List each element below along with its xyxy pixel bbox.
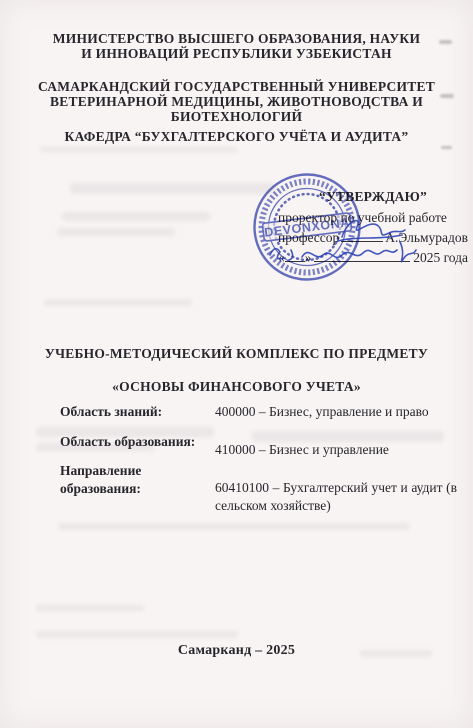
scanned-title-page: МИНИСТЕРСТВО ВЫСШЕГО ОБРАЗОВАНИЯ, НАУКИ … bbox=[0, 0, 473, 728]
university-heading: САМАРКАНДСКИЙ ГОСУДАРСТВЕННЫЙ УНИВЕРСИТЕ… bbox=[36, 79, 437, 124]
document-subject-title: «ОСНОВЫ ФИНАНСОВОГО УЧЕТА» bbox=[36, 379, 437, 395]
bleed-through-smudge bbox=[40, 147, 238, 152]
university-line-1: САМАРКАНДСКИЙ ГОСУДАРСТВЕННЫЙ УНИВЕРСИТЕ… bbox=[36, 79, 437, 94]
signature-underflourish bbox=[338, 235, 402, 241]
bleed-through-smudge bbox=[36, 631, 238, 638]
scan-edge-artifact bbox=[441, 146, 452, 149]
handwritten-day bbox=[270, 249, 293, 260]
bleed-through-smudge bbox=[36, 427, 214, 437]
ministry-line-1: МИНИСТЕРСТВО ВЫСШЕГО ОБРАЗОВАНИЯ, НАУКИ bbox=[36, 31, 437, 46]
scan-edge-artifact bbox=[439, 40, 452, 44]
field-label-education-direction: Направление образования: bbox=[60, 462, 212, 498]
bleed-through-smudge bbox=[62, 212, 210, 221]
handwritten-month bbox=[302, 250, 397, 257]
department-heading: КАФЕДРА “БУХГАЛТЕРСКОГО УЧЁТА И АУДИТА” bbox=[36, 129, 437, 145]
bleed-through-smudge bbox=[360, 650, 432, 657]
university-line-3: БИОТЕХНОЛОГИЙ bbox=[36, 109, 437, 124]
university-line-2: ВЕТЕРИНАРНОЙ МЕДИЦИНЫ, ЖИВОТНОВОДСТВА И bbox=[36, 94, 437, 109]
bleed-through-smudge bbox=[44, 299, 192, 306]
field-value-education-area: 410000 – Бизнес и управление bbox=[215, 441, 457, 459]
field-label-knowledge-area: Область знаний: bbox=[60, 403, 212, 421]
field-value-education-direction: 60410100 – Бухгалтерский учет и аудит (в… bbox=[215, 479, 457, 514]
bleed-through-smudge bbox=[36, 443, 154, 451]
signature-scribble bbox=[342, 221, 405, 237]
handwritten-ink bbox=[250, 210, 470, 272]
field-value-knowledge-area: 400000 – Бизнес, управление и право bbox=[215, 403, 457, 421]
document-title-line-1: УЧЕБНО-МЕТОДИЧЕСКИЙ КОМПЛЕКС ПО ПРЕДМЕТУ bbox=[36, 346, 437, 362]
handwritten-month-tail bbox=[400, 242, 416, 262]
bleed-through-smudge bbox=[70, 183, 275, 194]
scan-edge-artifact bbox=[440, 94, 454, 98]
bleed-through-smudge bbox=[58, 523, 410, 530]
bleed-through-smudge bbox=[36, 605, 144, 611]
bleed-through-smudge bbox=[57, 228, 175, 236]
bleed-through-smudge bbox=[252, 431, 444, 442]
ministry-line-2: И ИННОВАЦИЙ РЕСПУБЛИКИ УЗБЕКИСТАН bbox=[36, 46, 437, 61]
ministry-heading: МИНИСТЕРСТВО ВЫСШЕГО ОБРАЗОВАНИЯ, НАУКИ … bbox=[36, 31, 437, 61]
